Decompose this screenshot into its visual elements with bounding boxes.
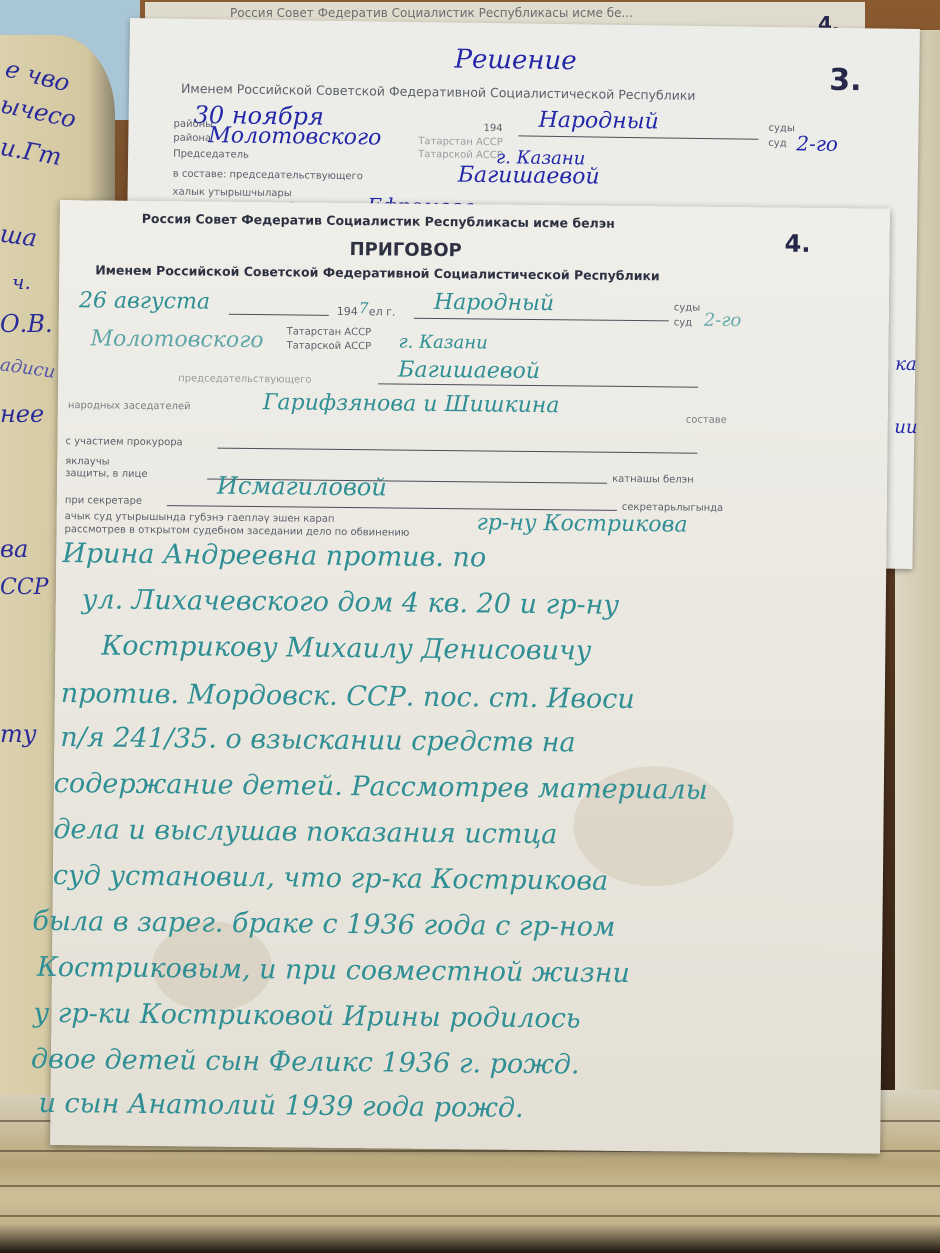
court-label-tatar: суды: [674, 302, 700, 313]
republic-label: Татарстан АССР: [418, 136, 503, 148]
left-handwriting: ша: [0, 220, 39, 253]
verdict-text-line: ул. Лихачевского дом 4 кв. 20 и гр-ну: [82, 584, 620, 621]
secretary-handwritten: Исмагиловой: [217, 472, 387, 502]
session-label-tatar: ачык суд утырышында губэнэ гаепләү эшен …: [65, 511, 335, 525]
court-number: 2-го: [704, 310, 742, 331]
chairman-handwritten: Багишаевой: [458, 163, 600, 190]
verdict-text-line: была в зарег. браке с 1936 года с гр-ном: [32, 906, 615, 943]
verdict-text-line: Кострикову Михаилу Денисовичу: [101, 630, 591, 666]
form-line: [229, 314, 329, 316]
verdict-text-line: суд установил, что гр-ка Кострикова: [53, 860, 609, 897]
city-handwritten: г. Казани: [398, 332, 487, 354]
republic-label: Татарстан АССР: [287, 326, 372, 338]
page-edge-line: [0, 1185, 940, 1187]
prosecutor-label: с участием прокурора: [65, 436, 182, 448]
year-print: 194: [337, 305, 358, 318]
header-russian: Именем Российской Советской Федеративной…: [95, 262, 660, 283]
court-label: суд: [768, 138, 786, 149]
handwriting-fragment: ка: [895, 354, 917, 375]
document-prigovor: Россия Совет Федератив Социалистик Респу…: [50, 200, 890, 1154]
defense-label-tatar2: катнашы белэн: [612, 474, 694, 486]
date-handwritten: 26 августа: [79, 288, 210, 314]
left-handwriting: нее: [0, 400, 44, 428]
verdict-text-line: у гр-ки Костриковой Ирины родилось: [33, 998, 580, 1035]
document-title-handwritten: Решение: [454, 45, 577, 77]
republic-label: Татарской АССР: [286, 340, 371, 352]
district-handwritten: Молотовского: [208, 123, 381, 150]
form-line: [217, 448, 697, 454]
form-line: [414, 318, 669, 322]
page-edge-line: [0, 1215, 940, 1217]
assessors-label-tatar: халык утырышчылары: [172, 187, 291, 200]
composition-label: составе: [686, 415, 727, 426]
form-line: [518, 135, 758, 139]
left-handwriting: ССР: [0, 575, 48, 600]
composition-label: в составе: председательствующего: [173, 169, 363, 183]
secretary-label: при секретаре: [65, 495, 142, 507]
left-handwriting: О.В.: [0, 310, 53, 338]
chair-label: председательствующего: [178, 373, 312, 385]
district-handwritten: Молотовского: [90, 326, 263, 353]
year-suffix: ел г.: [369, 305, 396, 318]
top-edge-print: Россия Совет Федератив Социалистик Респу…: [230, 6, 633, 20]
defendant-line: гр-ну Кострикова: [477, 510, 688, 537]
district-label-tatar: районы: [173, 119, 213, 131]
chair-handwritten: Багишаевой: [398, 358, 540, 384]
left-handwriting: ч.: [12, 270, 31, 294]
court-label: суд: [674, 317, 692, 328]
year-print: 194: [483, 123, 502, 134]
verdict-text-line: Костриковым, и при совместной жизни: [37, 952, 630, 989]
page-number: 3.: [829, 63, 862, 98]
document-title: ПРИГОВОР: [349, 239, 462, 261]
verdict-text-line: п/я 241/35. о взыскании средств на: [60, 722, 576, 758]
handwriting-fragment: ии: [894, 417, 917, 438]
assessors-label: народных заседателей: [68, 400, 191, 412]
court-handwritten: Народный: [538, 108, 658, 135]
assessors-handwritten: Гарифзянова и Шишкина: [263, 390, 560, 418]
verdict-text-line: Ирина Андреевна против. по: [62, 538, 486, 573]
header-tatar: Россия Совет Федератив Социалистик Респу…: [142, 211, 615, 231]
district-label: района: [173, 133, 211, 145]
chairman-label: Председатель: [173, 149, 249, 161]
republic-label: Татарской АССР: [418, 149, 503, 161]
session-label: рассмотрев в открытом судебном заседании…: [64, 524, 409, 539]
left-handwriting: ту: [0, 720, 37, 748]
verdict-text-line: дела и выслушав показания истца: [53, 814, 557, 850]
header-print: Именем Российской Советской Федеративной…: [181, 81, 696, 103]
verdict-text-line: содержание детей. Рассмотрев материалы: [54, 768, 708, 806]
form-line: [167, 505, 617, 511]
court-number: 2-го: [796, 131, 838, 156]
year-handwritten: 7: [359, 299, 369, 317]
left-handwriting: ва: [0, 535, 28, 563]
defense-label-tatar: яклаучы: [65, 456, 109, 467]
verdict-text-line: против. Мордовск. ССР. пос. ст. Ивоси: [61, 678, 635, 715]
court-handwritten: Народный: [434, 290, 554, 316]
verdict-text-line: и сын Анатолий 1939 года рожд.: [38, 1088, 523, 1124]
court-label-tatar: суды: [768, 123, 794, 134]
page-number: 4.: [784, 230, 810, 258]
defense-label: защиты, в лице: [65, 468, 147, 480]
verdict-text-line: двое детей сын Феликс 1936 г. рожд.: [31, 1044, 580, 1081]
